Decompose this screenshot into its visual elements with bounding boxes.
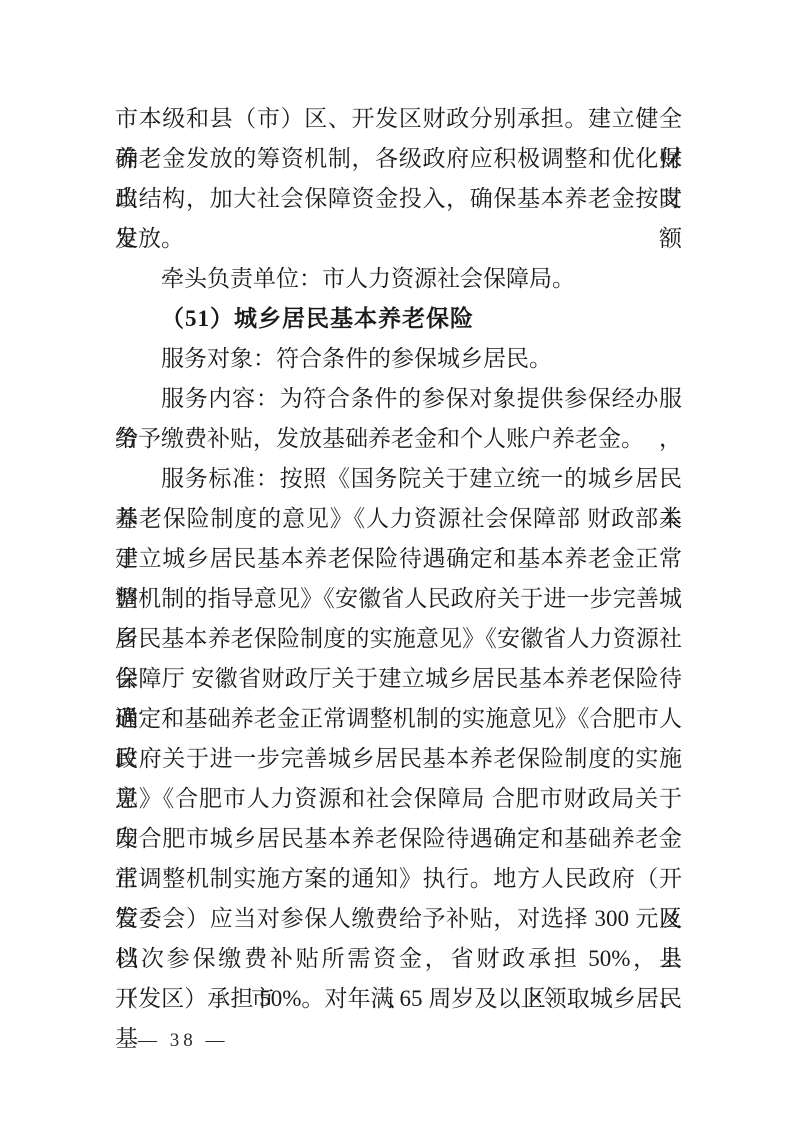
text-line: 服务标准：按照《国务院关于建立统一的城乡居民基本	[115, 459, 682, 499]
text-line: 市本级和县（市）区、开发区财政分别承担。建立健全确保	[115, 99, 682, 139]
section-heading: （51）城乡居民基本养老保险	[115, 299, 682, 339]
text-line: 服务对象：符合条件的参保城乡居民。	[115, 339, 682, 379]
text-line: 政府关于进一步完善城乡居民基本养老保险制度的实施意	[115, 739, 682, 779]
text-line: 给予缴费补贴，发放基础养老金和个人账户养老金。	[115, 419, 682, 459]
text-line: 养老金发放的筹资机制，各级政府应积极调整和优化财政支	[115, 139, 682, 179]
text-line: 确定和基础养老金正常调整机制的实施意见》《合肥市人民	[115, 699, 682, 739]
page-number: — 38 —	[138, 1030, 229, 1052]
text-line: 保障厅 安徽省财政厅关于建立城乡居民基本养老保险待遇	[115, 659, 682, 699]
text-line: 常调整机制实施方案的通知》执行。地方人民政府（开发区	[115, 859, 682, 899]
text-line: 开发区）承担 50%。对年满 65 周岁及以上领取城乡居民基	[115, 979, 682, 1019]
document-page: 市本级和县（市）区、开发区财政分别承担。建立健全确保养老金发放的筹资机制，各级政…	[0, 0, 793, 1122]
text-line: 管委会）应当对参保人缴费给予补贴，对选择 300 元及以上	[115, 899, 682, 939]
text-line: 发合肥市城乡居民基本养老保险待遇确定和基础养老金正	[115, 819, 682, 859]
text-line: 出结构，加大社会保障资金投入，确保基本养老金按时足额	[115, 179, 682, 219]
text-line: 养老保险制度的意见》《人力资源社会保障部 财政部关于	[115, 499, 682, 539]
text-line: 服务内容：为符合条件的参保对象提供参保经办服务，	[115, 379, 682, 419]
text-line: 见》《合肥市人力资源和社会保障局 合肥市财政局关于印	[115, 779, 682, 819]
document-body: 市本级和县（市）区、开发区财政分别承担。建立健全确保养老金发放的筹资机制，各级政…	[115, 99, 682, 1019]
text-line: 牵头负责单位：市人力资源社会保障局。	[115, 259, 682, 299]
text-line: 档次参保缴费补贴所需资金，省财政承担 50%，县（市、区、	[115, 939, 682, 979]
text-line: 整机制的指导意见》《安徽省人民政府关于进一步完善城乡	[115, 579, 682, 619]
text-line: 建立城乡居民基本养老保险待遇确定和基本养老金正常调	[115, 539, 682, 579]
text-line: 居民基本养老保险制度的实施意见》《安徽省人力资源社会	[115, 619, 682, 659]
